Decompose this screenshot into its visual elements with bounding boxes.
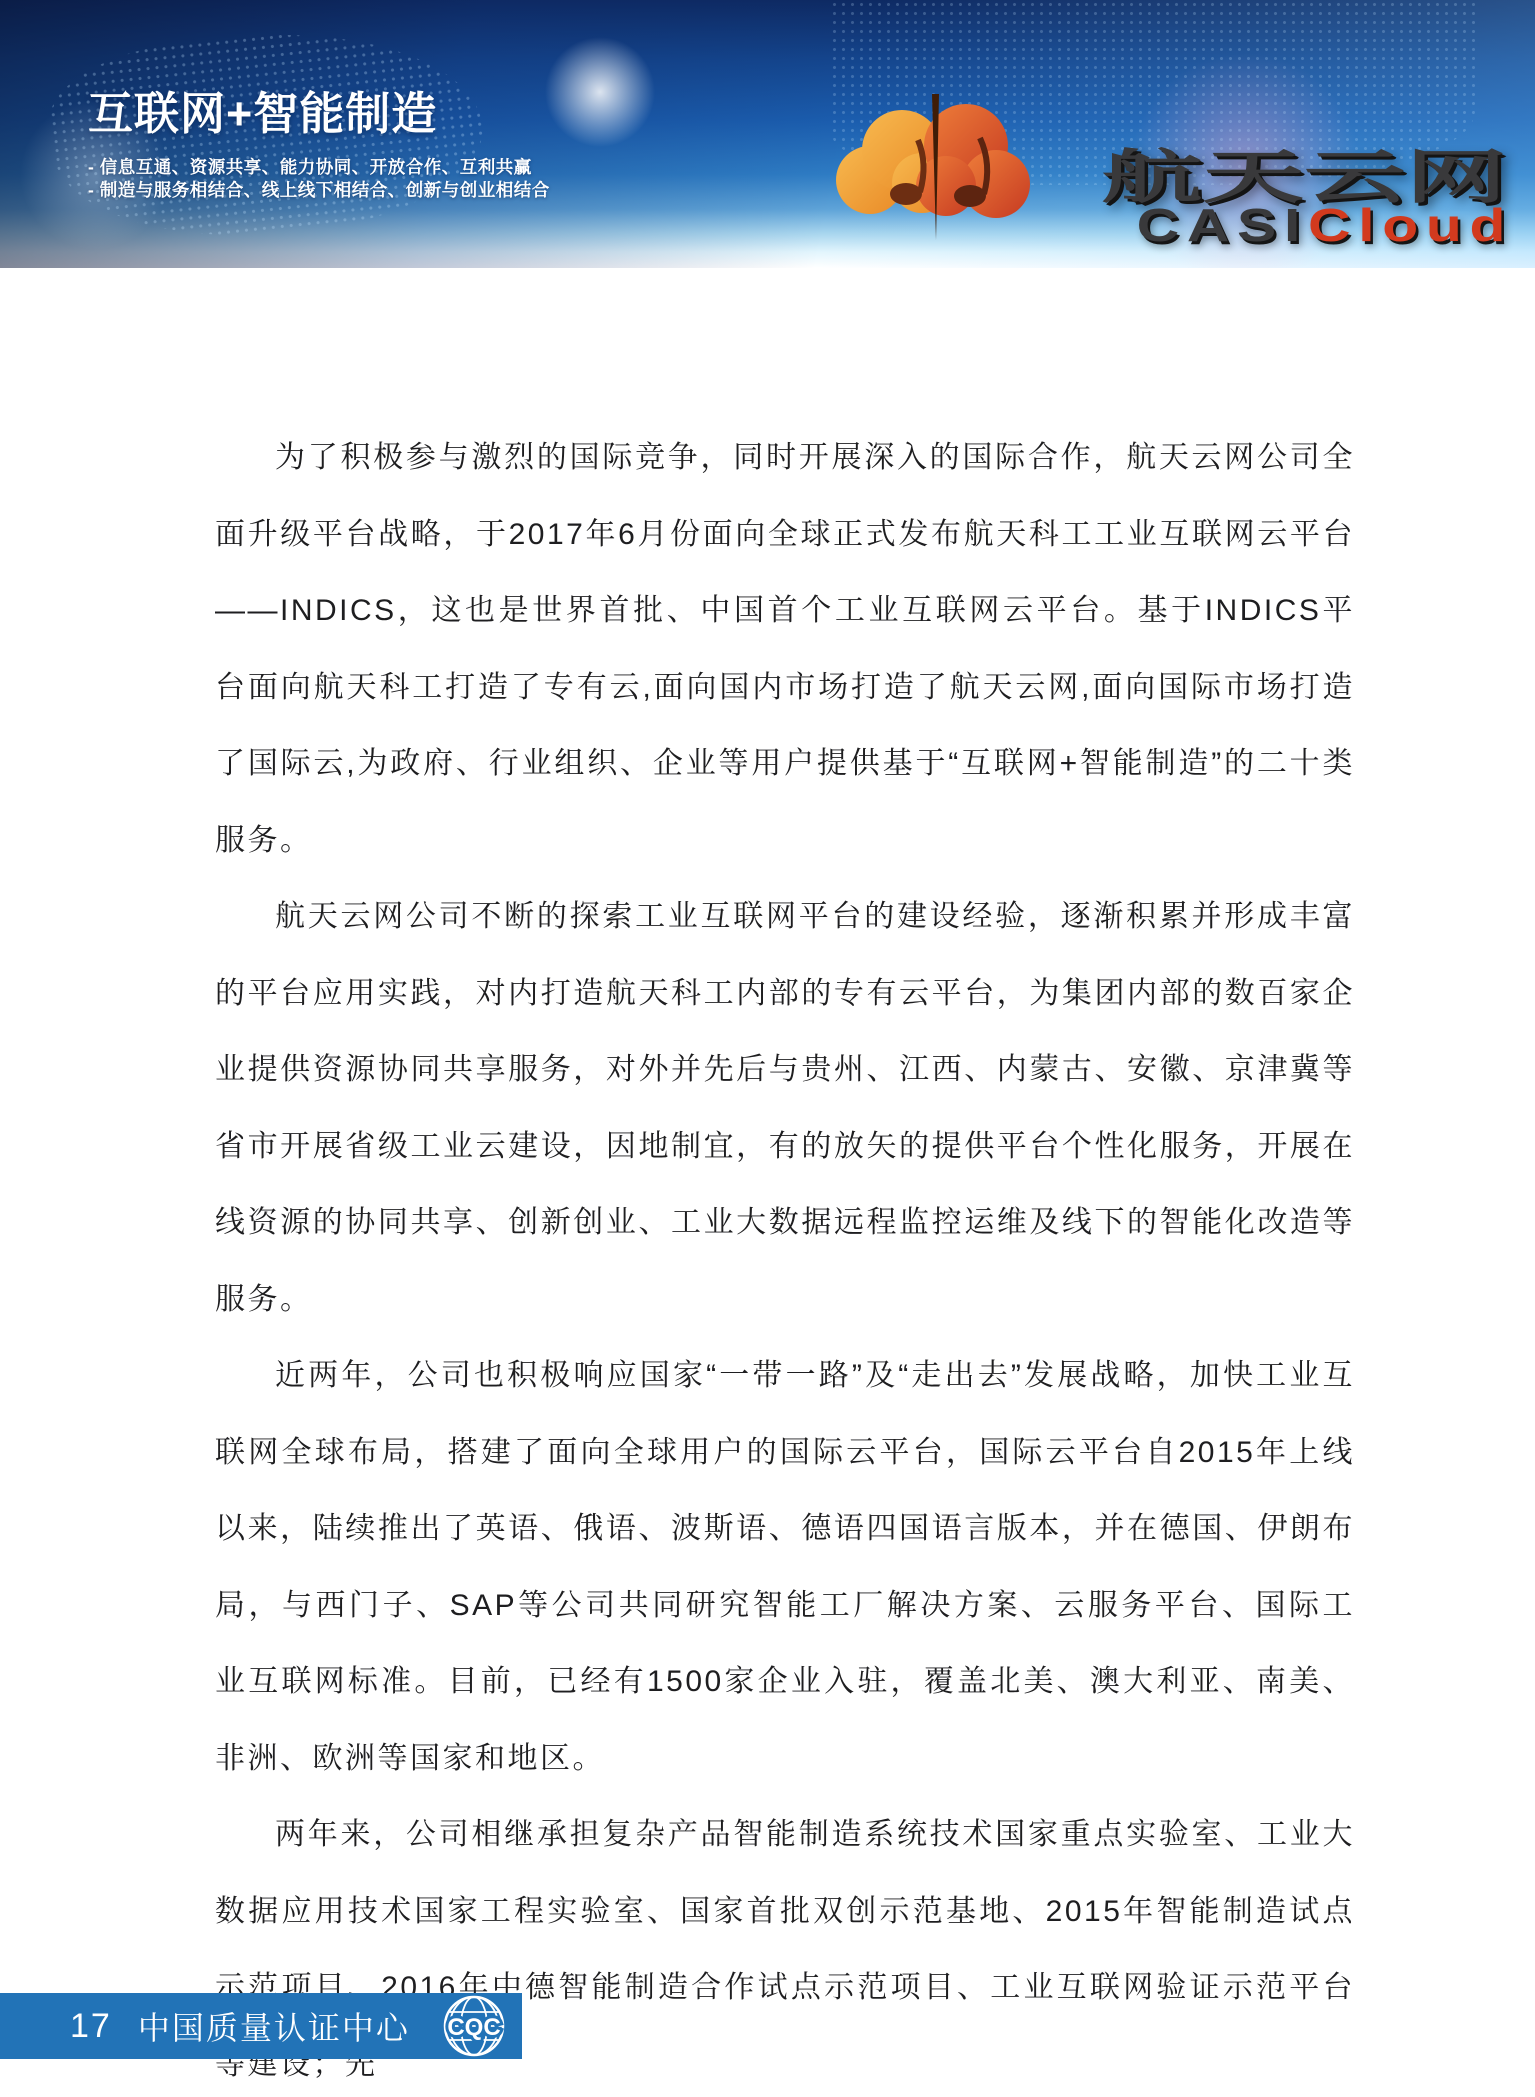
cqc-logo-text: CQC	[447, 2014, 500, 2041]
paragraph-1: 为了积极参与激烈的国际竞争，同时开展深入的国际合作，航天云网公司全面升级平台战略…	[215, 420, 1355, 879]
organization-name: 中国质量认证中心	[138, 2003, 410, 2049]
banner-title: 互联网+智能制造	[88, 88, 550, 140]
article-body: 为了积极参与激烈的国际竞争，同时开展深入的国际合作，航天云网公司全面升级平台战略…	[215, 420, 1355, 2097]
paragraph-3: 近两年，公司也积极响应国家“一带一路”及“走出去”发展战略，加快工业互联网全球布…	[215, 1338, 1355, 1797]
paragraph-2: 航天云网公司不断的探索工业互联网平台的建设经验，逐渐积累并形成丰富的平台应用实践…	[215, 879, 1355, 1338]
banner-subtitle-1: - 信息互通、资源共享、能力协同、开放合作、互利共赢	[88, 156, 550, 179]
brand-name-english: CASICloud	[1136, 198, 1513, 252]
document-page: 互联网+智能制造 - 信息互通、资源共享、能力协同、开放合作、互利共赢 - 制造…	[0, 0, 1535, 2097]
footer-bar: 17 中国质量认证中心 CQC	[0, 1993, 522, 2059]
cqc-globe-icon: CQC	[440, 1992, 508, 2060]
brand-cloud-text: Cloud	[1308, 199, 1513, 251]
page-number: 17	[70, 2007, 112, 2046]
banner-text-block: 互联网+智能制造 - 信息互通、资源共享、能力协同、开放合作、互利共赢 - 制造…	[88, 88, 550, 202]
casicloud-cloud-icon	[818, 88, 1050, 246]
banner-subtitle-2: - 制造与服务相结合、线上线下相结合、创新与创业相结合	[88, 179, 550, 202]
brand-casi-text: CASI	[1136, 199, 1307, 251]
header-banner: 互联网+智能制造 - 信息互通、资源共享、能力协同、开放合作、互利共赢 - 制造…	[0, 0, 1535, 268]
